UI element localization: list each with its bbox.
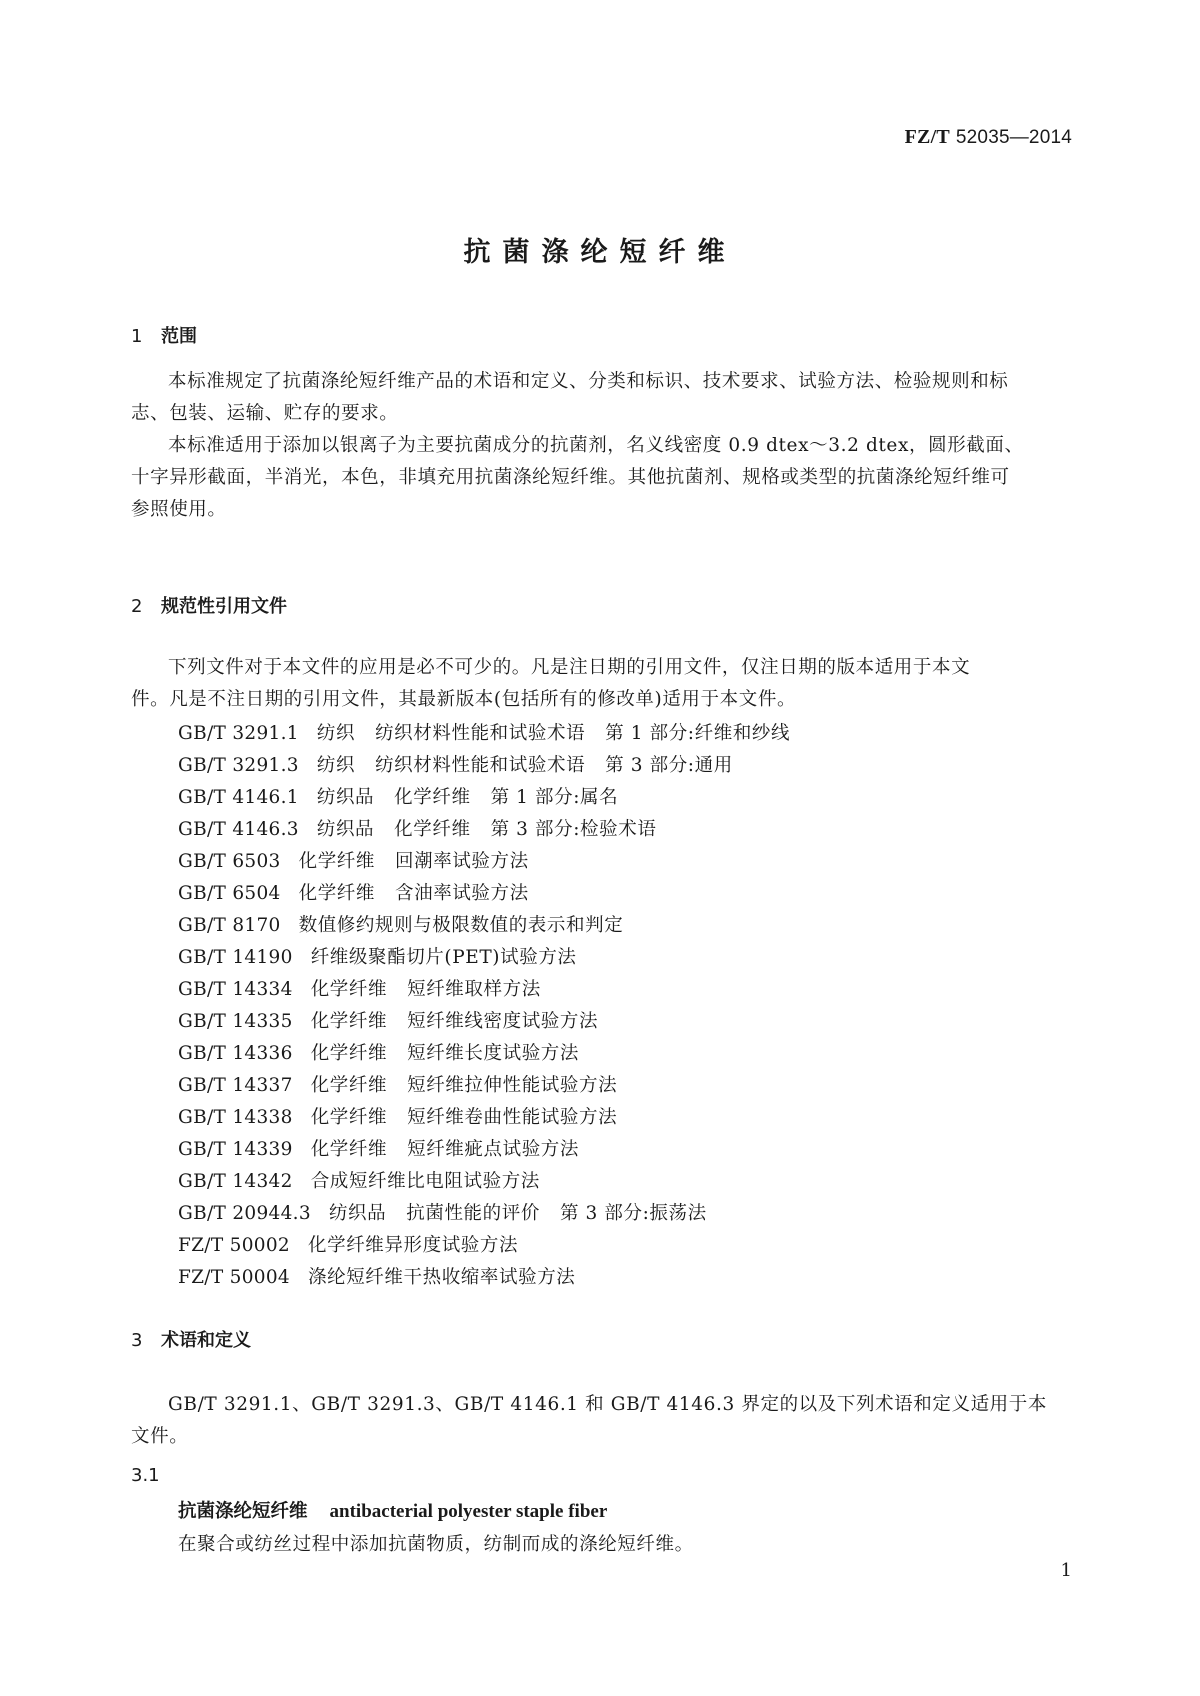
- term-definition: 在聚合或纺丝过程中添加抗菌物质，纺制而成的涤纶短纤维。: [178, 1530, 694, 1556]
- reference-title: 化学纤维: [311, 974, 387, 1006]
- reference-title: 化学纤维: [311, 1070, 387, 1102]
- page-number: 1: [1061, 1560, 1072, 1581]
- reference-title: 短纤维取样方法: [407, 974, 541, 1006]
- reference-code: GB/T 20944.3: [178, 1198, 311, 1230]
- reference-title: 含油率试验方法: [395, 878, 529, 910]
- section-number: 1: [131, 326, 161, 347]
- reference-code: GB/T 14339: [178, 1134, 293, 1166]
- reference-title: 回潮率试验方法: [395, 846, 529, 878]
- reference-title: 纺织品: [317, 814, 374, 846]
- reference-item: GB/T 4146.3纺织品化学纤维第 3 部分:检验术语: [178, 814, 810, 846]
- text-line: 文件。: [131, 1421, 1074, 1453]
- reference-item: GB/T 14339化学纤维短纤维疵点试验方法: [178, 1134, 810, 1166]
- clause-number: 3.1: [131, 1465, 160, 1486]
- reference-title: 纺织品: [329, 1198, 386, 1230]
- reference-code: GB/T 6504: [178, 878, 281, 910]
- reference-title: 第 1 部分:属名: [491, 782, 619, 814]
- text-line: 件。凡是不注日期的引用文件，其最新版本(包括所有的修改单)适用于本文件。: [131, 684, 1074, 716]
- scope-paragraph-2: 本标准适用于添加以银离子为主要抗菌成分的抗菌剂，名义线密度 0.9 dtex～3…: [131, 430, 1074, 526]
- reference-title: 化学纤维: [311, 1102, 387, 1134]
- reference-code: FZ/T 50002: [178, 1230, 290, 1262]
- term-chinese: 抗菌涤纶短纤维: [178, 1501, 308, 1522]
- section-title: 术语和定义: [161, 1330, 251, 1351]
- reference-item: GB/T 6504化学纤维含油率试验方法: [178, 878, 810, 910]
- reference-code: GB/T 14337: [178, 1070, 293, 1102]
- reference-title: 纺织: [317, 750, 355, 782]
- reference-title: 短纤维线密度试验方法: [407, 1006, 598, 1038]
- section-title: 范围: [161, 326, 197, 347]
- reference-title: 化学纤维: [311, 1038, 387, 1070]
- reference-item: GB/T 20944.3纺织品抗菌性能的评价第 3 部分:振荡法: [178, 1198, 810, 1230]
- reference-title: 抗菌性能的评价: [406, 1198, 540, 1230]
- reference-list: GB/T 3291.1纺织纺织材料性能和试验术语第 1 部分:纤维和纱线 GB/…: [178, 718, 810, 1294]
- text-line: 下列文件对于本文件的应用是必不可少的。凡是注日期的引用文件，仅注日期的版本适用于…: [131, 652, 1074, 684]
- reference-item: GB/T 14342合成短纤维比电阻试验方法: [178, 1166, 810, 1198]
- reference-code: GB/T 14342: [178, 1166, 293, 1198]
- reference-item: FZ/T 50004涤纶短纤维干热收缩率试验方法: [178, 1262, 810, 1294]
- reference-title: 第 3 部分:检验术语: [491, 814, 657, 846]
- reference-item: GB/T 3291.1纺织纺织材料性能和试验术语第 1 部分:纤维和纱线: [178, 718, 810, 750]
- reference-title: 纺织: [317, 718, 355, 750]
- scope-paragraph-1: 本标准规定了抗菌涤纶短纤维产品的术语和定义、分类和标识、技术要求、试验方法、检验…: [131, 366, 1074, 430]
- reference-title: 化学纤维异形度试验方法: [308, 1230, 518, 1262]
- reference-item: GB/T 14336化学纤维短纤维长度试验方法: [178, 1038, 810, 1070]
- text-line: 参照使用。: [131, 494, 1074, 526]
- reference-title: 短纤维拉伸性能试验方法: [407, 1070, 617, 1102]
- reference-title: 纺织材料性能和试验术语: [375, 750, 585, 782]
- document-title: 抗菌涤纶短纤维: [0, 230, 1200, 269]
- text-line: 本标准规定了抗菌涤纶短纤维产品的术语和定义、分类和标识、技术要求、试验方法、检验…: [131, 366, 1074, 398]
- reference-item: FZ/T 50002化学纤维异形度试验方法: [178, 1230, 810, 1262]
- reference-code: GB/T 3291.3: [178, 750, 299, 782]
- section-heading-2: 2规范性引用文件: [131, 592, 287, 618]
- term-entry: 抗菌涤纶短纤维antibacterial polyester staple fi…: [178, 1497, 607, 1523]
- reference-code: GB/T 6503: [178, 846, 281, 878]
- reference-code: GB/T 14335: [178, 1006, 293, 1038]
- reference-title: 第 3 部分:振荡法: [560, 1198, 707, 1230]
- reference-item: GB/T 4146.1纺织品化学纤维第 1 部分:属名: [178, 782, 810, 814]
- standard-prefix: FZ/T: [905, 126, 950, 148]
- reference-code: GB/T 14338: [178, 1102, 293, 1134]
- reference-item: GB/T 14337化学纤维短纤维拉伸性能试验方法: [178, 1070, 810, 1102]
- section-heading-1: 1范围: [131, 322, 197, 348]
- reference-code: GB/T 14190: [178, 942, 293, 974]
- reference-item: GB/T 14335化学纤维短纤维线密度试验方法: [178, 1006, 810, 1038]
- section-number: 2: [131, 596, 161, 617]
- text-line: 志、包装、运输、贮存的要求。: [131, 398, 1074, 430]
- standard-code: FZ/T52035—2014: [905, 126, 1072, 149]
- text-line: 十字异形截面，半消光，本色，非填充用抗菌涤纶短纤维。其他抗菌剂、规格或类型的抗菌…: [131, 462, 1074, 494]
- reference-title: 第 3 部分:通用: [605, 750, 733, 782]
- reference-title: 化学纤维: [299, 846, 375, 878]
- reference-title: 合成短纤维比电阻试验方法: [311, 1166, 540, 1198]
- text-line: 本标准适用于添加以银离子为主要抗菌成分的抗菌剂，名义线密度 0.9 dtex～3…: [131, 430, 1074, 462]
- reference-title: 化学纤维: [394, 782, 470, 814]
- reference-title: 纺织品: [317, 782, 374, 814]
- section-heading-3: 3术语和定义: [131, 1326, 251, 1352]
- reference-title: 化学纤维: [394, 814, 470, 846]
- reference-code: GB/T 3291.1: [178, 718, 299, 750]
- reference-code: GB/T 8170: [178, 910, 281, 942]
- section-number: 3: [131, 1330, 161, 1351]
- reference-title: 化学纤维: [299, 878, 375, 910]
- reference-title: 短纤维疵点试验方法: [407, 1134, 579, 1166]
- terms-intro-paragraph: GB/T 3291.1、GB/T 3291.3、GB/T 4146.1 和 GB…: [131, 1389, 1074, 1453]
- reference-code: GB/T 4146.1: [178, 782, 299, 814]
- standard-number: 52035—2014: [956, 127, 1072, 148]
- reference-title: 短纤维长度试验方法: [407, 1038, 579, 1070]
- reference-title: 第 1 部分:纤维和纱线: [605, 718, 790, 750]
- reference-title: 涤纶短纤维干热收缩率试验方法: [308, 1262, 575, 1294]
- reference-item: GB/T 14334化学纤维短纤维取样方法: [178, 974, 810, 1006]
- term-english: antibacterial polyester staple fiber: [330, 1501, 608, 1522]
- reference-title: 数值修约规则与极限数值的表示和判定: [299, 910, 624, 942]
- text-line: GB/T 3291.1、GB/T 3291.3、GB/T 4146.1 和 GB…: [131, 1389, 1074, 1421]
- reference-title: 短纤维卷曲性能试验方法: [407, 1102, 617, 1134]
- reference-title: 化学纤维: [311, 1006, 387, 1038]
- reference-code: GB/T 4146.3: [178, 814, 299, 846]
- reference-item: GB/T 8170数值修约规则与极限数值的表示和判定: [178, 910, 810, 942]
- reference-item: GB/T 14338化学纤维短纤维卷曲性能试验方法: [178, 1102, 810, 1134]
- normative-references-intro: 下列文件对于本文件的应用是必不可少的。凡是注日期的引用文件，仅注日期的版本适用于…: [131, 652, 1074, 716]
- reference-title: 纺织材料性能和试验术语: [375, 718, 585, 750]
- section-title: 规范性引用文件: [161, 596, 287, 617]
- reference-title: 化学纤维: [311, 1134, 387, 1166]
- document-page: FZ/T52035—2014 抗菌涤纶短纤维 1范围 本标准规定了抗菌涤纶短纤维…: [0, 0, 1200, 1696]
- reference-code: FZ/T 50004: [178, 1262, 290, 1294]
- reference-item: GB/T 14190纤维级聚酯切片(PET)试验方法: [178, 942, 810, 974]
- reference-title: 纤维级聚酯切片(PET)试验方法: [311, 942, 577, 974]
- reference-code: GB/T 14334: [178, 974, 293, 1006]
- reference-code: GB/T 14336: [178, 1038, 293, 1070]
- reference-item: GB/T 6503化学纤维回潮率试验方法: [178, 846, 810, 878]
- reference-item: GB/T 3291.3纺织纺织材料性能和试验术语第 3 部分:通用: [178, 750, 810, 782]
